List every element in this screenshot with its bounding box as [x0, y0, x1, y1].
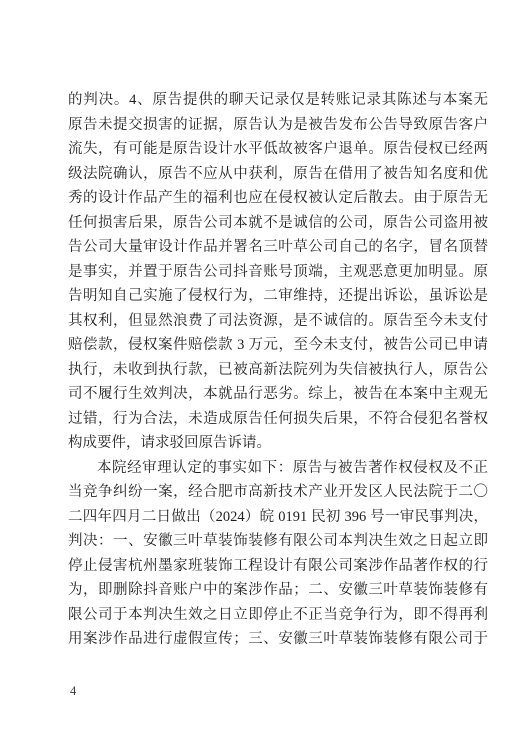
text-line: 原告未提交损害的证据，原告认为是被告发布公告导致原告客户: [68, 113, 488, 138]
page-number: 4: [70, 684, 76, 698]
text-line: 告公司大量审设计作品并署名三叶草公司自己的名字，冒名顶替: [68, 235, 488, 260]
text-line: 执行，未收到执行款，已被高新法院列为失信被执行人，原告公: [68, 358, 488, 383]
text-line: 任何损害后果，原告公司本就不是诚信的公司，原告公司盗用被: [68, 211, 488, 236]
text-line: 流失，有可能是原告设计水平低故被客户退单。原告侵权已经两: [68, 137, 488, 162]
text-line: 司不履行生效判决，本就品行恶劣。综上，被告在本案中主观无: [68, 382, 488, 407]
text-line: 赔偿款，侵权案件赔偿款 3 万元，至今未支付，被告公司已申请: [68, 333, 488, 358]
text-line: 秀的设计作品产生的福利也应在侵权被认定后散去。由于原告无: [68, 186, 488, 211]
text-line: 为，即删除抖音账户中的案涉作品；二、安徽三叶草装饰装修有: [68, 578, 488, 603]
text-line: 当竞争纠纷一案，经合肥市高新技术产业开发区人民法院于二〇: [68, 480, 488, 505]
text-line: 用案涉作品进行虚假宣传；三、安徽三叶草装饰装修有限公司于: [68, 627, 488, 652]
text-line: 是事实，并置于原告公司抖音账号顶端，主观恶意更加明显。原: [68, 260, 488, 285]
judgment-body-text: 的判决。4、原告提供的聊天记录仅是转账记录其陈述与本案无关， 原告未提交损害的证…: [68, 88, 488, 652]
text-line-paragraph-end: 构成要件，请求驳回原告诉请。: [68, 431, 488, 456]
text-line: 其权利，但显然浪费了司法资源，是不诚信的。原告至今未支付: [68, 309, 488, 334]
text-line: 的判决。4、原告提供的聊天记录仅是转账记录其陈述与本案无关，: [68, 88, 488, 113]
text-line: 限公司于本判决生效之日立即停止不正当竞争行为，即不得再利: [68, 603, 488, 628]
text-line: 停止侵害杭州墨家班装饰工程设计有限公司案涉作品著作权的行: [68, 554, 488, 579]
text-line: 二四年四月二日做出（2024）皖 0191 民初 396 号一审民事判决，: [68, 505, 488, 530]
text-line: 告明知自己实施了侵权行为，二审维持，还提出诉讼，虽诉讼是: [68, 284, 488, 309]
text-line: 级法院确认，原告不应从中获利，原告在借用了被告知名度和优: [68, 162, 488, 187]
judgment-document-page: 的判决。4、原告提供的聊天记录仅是转账记录其陈述与本案无关， 原告未提交损害的证…: [0, 0, 527, 747]
text-line-paragraph-start: 本院经审理认定的事实如下：原告与被告著作权侵权及不正: [68, 456, 488, 481]
text-line: 判决：一、安徽三叶草装饰装修有限公司本判决生效之日起立即: [68, 529, 488, 554]
text-line: 过错，行为合法，未造成原告任何损失后果，不符合侵犯名誉权: [68, 407, 488, 432]
